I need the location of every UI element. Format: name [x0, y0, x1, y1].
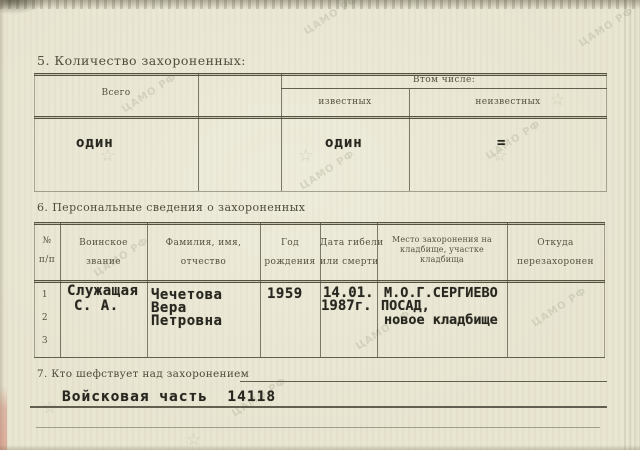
value-known: один [325, 135, 363, 151]
section7-underline [30, 406, 607, 408]
col-name-line1: Фамилия, имя, [147, 238, 260, 248]
row-number-3: 3 [34, 336, 56, 346]
entry-patronymic: Петровна [151, 313, 222, 329]
scanned-burial-record-page: ЦАМО РФ ЦАМО РФ ЦАМО РФ ЦАМО РФ ЦАМО РФ … [0, 0, 640, 450]
scan-pink-strip [0, 386, 7, 450]
table5-border-bottom [34, 191, 607, 192]
scan-left-edge [0, 0, 5, 450]
table5-header-separator [34, 116, 607, 119]
section7-heading: 7. Кто шефствует над захоронением [37, 368, 249, 380]
table6-border-right [604, 223, 605, 357]
col-place-line2: кладбище, участке [377, 245, 507, 254]
col-place-line3: кладбища [377, 255, 507, 264]
section5-heading: 5. Количество захороненных: [37, 53, 246, 68]
table5-header-known: известных [281, 97, 409, 107]
col-rank-line1: Воинское [60, 238, 147, 248]
col-num-line2: п/п [34, 255, 60, 265]
scan-bottom-edge [0, 445, 640, 450]
section6-heading: 6. Персональные сведения о захороненных [37, 201, 305, 214]
row-number-1: 1 [34, 290, 56, 300]
entry-rank-line2: С. А. [74, 298, 119, 314]
entry-birth-year: 1959 [267, 286, 303, 302]
section7-fill-line [240, 381, 607, 382]
row-number-2: 2 [34, 313, 56, 323]
col-death-line2: или смерти [320, 257, 377, 267]
col-year-line2: рождения [260, 257, 320, 267]
col-death-line1: Дата гибели [320, 238, 377, 248]
scan-corner-smudge [0, 0, 46, 14]
col-year-line1: Год [260, 238, 320, 248]
table5-divider [198, 74, 199, 191]
star-watermark-icon: ☆ [42, 398, 57, 418]
col-from-line1: Откуда [507, 238, 604, 248]
col-place-line1: Место захоронения на [377, 235, 507, 244]
table5-header-unknown: неизвестных [409, 97, 607, 107]
value-unknown: = [497, 135, 506, 151]
scan-top-edge-band [0, 0, 640, 9]
table5-subheader-line [281, 88, 607, 89]
col-num-line1: № [34, 236, 60, 246]
value-total: один [76, 135, 114, 151]
patron-unit-value: Войсковая часть 14118 [62, 389, 276, 405]
archive-watermark: ЦАМО РФ [302, 0, 361, 37]
archive-watermark: ЦАМО РФ [530, 286, 589, 330]
table5-header-total: Всего [34, 88, 198, 98]
entry-death-date-line2: 1987г. [321, 298, 372, 314]
archive-watermark: ЦАМО РФ [577, 6, 636, 50]
scan-right-streaks [624, 0, 640, 450]
table5-border-right [606, 74, 607, 191]
entry-place-line3: новое кладбище [384, 312, 498, 328]
col-from-line2: перезахоронен [507, 257, 604, 267]
star-watermark-icon: ☆ [298, 146, 313, 166]
table5-header-including: Втом числе: [281, 75, 607, 85]
col-rank-line2: звание [60, 257, 147, 267]
table6-border-bottom [34, 357, 605, 358]
entry-rank-line1: Служащая [67, 283, 138, 299]
star-watermark-icon: ☆ [186, 430, 201, 450]
blank-line [36, 427, 600, 428]
col-name-line2: отчество [147, 257, 260, 267]
table5-divider [281, 74, 282, 191]
